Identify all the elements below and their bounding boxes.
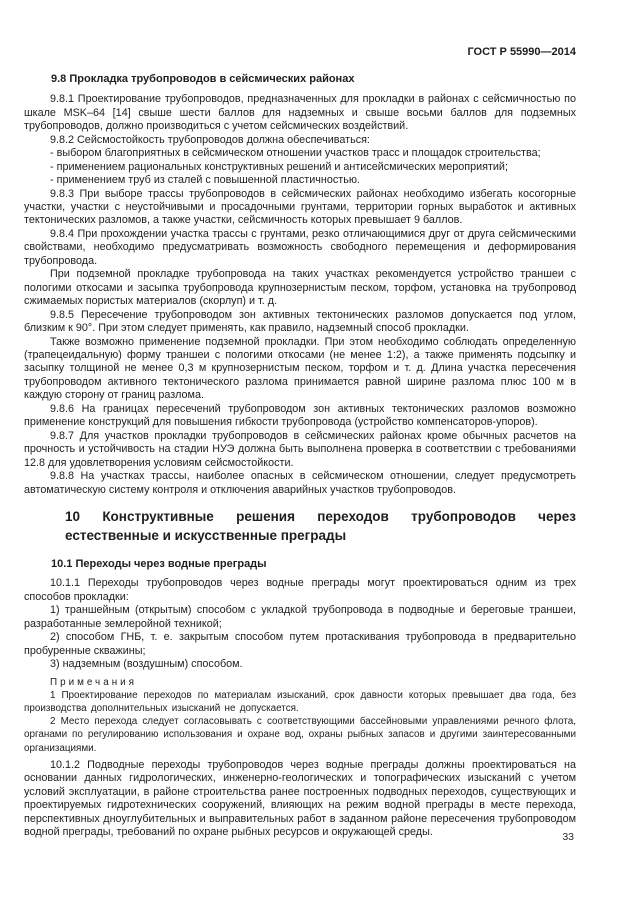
document-page: ГОСТ Р 55990—2014 9.8 Прокладка трубопро…: [0, 0, 630, 913]
paragraph-9-8-1: 9.8.1 Проектирование трубопроводов, пред…: [24, 93, 576, 133]
paragraph-9-8-7: 9.8.7 Для участков прокладки трубопровод…: [24, 430, 576, 470]
paragraph-9-8-8: 9.8.8 На участках трассы, наиболее опасн…: [24, 470, 576, 497]
paragraph-10-1-2: 10.1.2 Подводные переходы трубопроводов …: [24, 759, 576, 840]
paragraph-10-1-1: 10.1.1 Переходы трубопроводов через водн…: [24, 577, 576, 604]
note-item-2: 2 Место перехода следует согласовывать с…: [24, 715, 576, 755]
document-code-header: ГОСТ Р 55990—2014: [24, 46, 576, 59]
paragraph-9-8-5-continued: Также возможно применение подземной прок…: [24, 336, 576, 403]
paragraph-9-8-4: 9.8.4 При прохождении участка трассы с г…: [24, 228, 576, 268]
paragraph-9-8-2: 9.8.2 Сейсмостойкость трубопроводов долж…: [24, 134, 576, 147]
note-item-1: 1 Проектирование переходов по материалам…: [24, 689, 576, 715]
notes-block: Примечания 1 Проектирование переходов по…: [24, 676, 576, 755]
list-item-dash-3: - применением труб из сталей с повышенно…: [24, 174, 576, 187]
paragraph-9-8-5: 9.8.5 Пересечение трубопроводом зон акти…: [24, 309, 576, 336]
notes-label: Примечания: [24, 676, 576, 689]
page-number: 33: [562, 831, 574, 843]
list-item-numbered-1: 1) траншейным (открытым) способом с укла…: [24, 604, 576, 631]
chapter-10-heading: 10 Конструктивные решения переходов труб…: [24, 507, 576, 545]
section-9-8-heading: 9.8 Прокладка трубопроводов в сейсмическ…: [24, 73, 576, 86]
list-item-dash-1: - выбором благоприятных в сейсмическом о…: [24, 147, 576, 160]
paragraph-9-8-4-continued: При подземной прокладке трубопровода на …: [24, 268, 576, 308]
list-item-dash-2: - применением рациональных конструктивны…: [24, 161, 576, 174]
paragraph-9-8-6: 9.8.6 На границах пересечений трубопрово…: [24, 403, 576, 430]
list-item-numbered-3: 3) надземным (воздушным) способом.: [24, 658, 576, 671]
paragraph-9-8-3: 9.8.3 При выборе трассы трубопроводов в …: [24, 188, 576, 228]
list-item-numbered-2: 2) способом ГНБ, т. е. закрытым способом…: [24, 631, 576, 658]
section-10-1-heading: 10.1 Переходы через водные преграды: [24, 558, 576, 571]
